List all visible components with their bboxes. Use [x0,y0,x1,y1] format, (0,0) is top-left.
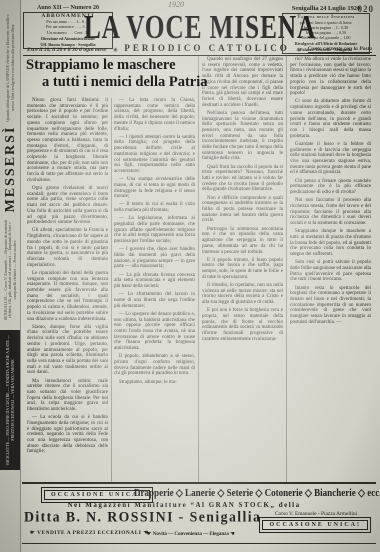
body-paragraph: Ma intendiamoci subito: male sarebbe rit… [27,379,108,413]
newspaper-subtitle: PERIODICO CATTOLICO [124,43,289,53]
newspaper-title: LA VOCE MISENA [83,7,315,47]
headline-line-1: Strappiamo le maschere [26,57,194,74]
body-paragraph: Quando nel naufragio del 27 giugno si re… [202,57,283,108]
ad-rates-lines: In quarta pagina . . L. 0,30In terza pag… [285,25,367,40]
body-paragraph: Siamo, dunque, forse alla vigilia d'una … [27,325,108,376]
spine-ad-brand: MESSERSÌ [0,128,21,210]
ad-address: Corso V. Emanuele - Piazza Armellini [260,511,372,517]
masthead: 1920 020 Anno XII — Numero 20 ABBONAMENT… [23,3,376,53]
spine-ad-rotated: BICICLETTE — MACCHINE DA CUCIRE — VENDIT… [0,0,21,552]
body-paragraph: Chi pensa a frenare questo scandalo perm… [290,179,371,196]
body-paragraph: Il popolo, abbandonato a sè stesso, priv… [114,354,195,377]
article-column-4: rio? Ma allora si vuole la rivoluzione p… [286,56,374,482]
body-paragraph: — Lo sfruttamento del lavoro in nome di … [114,292,195,309]
body-paragraph: Strappiamo dunque le maschere a tutti: a… [290,229,371,258]
spine-ad-text-mid: SENIGALLIA — Corso V. Emanuele — Deposit… [0,210,21,330]
article-column-3: Quando nel naufragio del 27 giugno si re… [198,56,286,482]
body-paragraph: Guardate il lusso e la febbre di godimen… [290,142,371,176]
spine-blank-top [0,0,21,8]
article-body: Niuno giova farsi illusioni: il momento … [24,56,374,482]
newspaper-scan: BICICLETTE — MACCHINE DA CUCIRE — VENDIT… [0,0,380,552]
footer-advertisement: OCCASIONE UNICA! Drapperie ◇ Lanerie ◇ S… [22,482,376,544]
body-paragraph: Niuno giova farsi illusioni: il momento … [27,98,108,184]
body-paragraph: Noi non facciamo il processo alla ricche… [290,198,371,227]
ornament-icon: ◉ [297,47,301,53]
body-paragraph: — La legislazione, informata ai pregiudi… [114,216,195,245]
body-paragraph: — Una stampa avvelenatrice delle masse, … [114,177,195,200]
body-paragraph: — Lo sperpero del denaro pubblico e, non… [114,312,195,352]
headline-line-2: a tutti i nemici della Patria [42,74,194,91]
body-paragraph: Quali frutti ha raccolto il popolo da sì… [202,165,283,194]
body-paragraph: Solo così si potrà salvare il popolo dal… [290,260,371,283]
body-paragraph: Intanto resta lo spettacolo dei borghesi… [290,286,371,326]
article-column-1: Niuno giova farsi illusioni: il momento … [24,56,111,482]
spine-ad-black-box: BICICLETTE — MACCHINE DA CUCIRE — VENDIT… [0,330,21,470]
occasione-box-right: OCCASIONE UNICA! [262,520,368,530]
body-paragraph: Ogni giorno rivelazioni di nuovi scandal… [27,186,108,226]
ad-firm-name: Ditta B. N. ROSSINI - Senigallia [24,509,261,527]
body-paragraph: Non è difficile comprendere a quali cons… [202,196,283,225]
masthead-subheader: Esce il 10, il 20 e il 30 d'ogni mese ◉ … [23,43,376,56]
body-paragraph: Strappiamo, adunque, le ma- [114,380,195,386]
spine-ad-strip: BICICLETTE — MACCHINE DA CUCIRE — VENDIT… [0,0,21,552]
body-paragraph: Purtroppo la sommossa anconitana non è c… [202,227,283,256]
spine-ad-text-top: Quando abbisognate di LAMPADE elettriche… [0,8,21,128]
ornament-icon: ◉ [113,47,117,53]
body-paragraph: E il popolo minuto, il buon popolo nostr… [202,258,283,281]
ad-slogan-prices: ☛ VENDITE A PREZZI ECCEZIONALI ☚ [30,530,149,536]
ad-store-line: Nei Magazzeni Manifatture “Al GRAN STOCK… [52,501,316,509]
article-column-2: — La lotta contro la Chiesa, rappresenta… [111,56,198,482]
ad-slogan-novita: ☛ Novità — Convenienza — Eleganza ☚ [147,531,235,537]
body-paragraph: — La scuola da cui si è bandito l'insegn… [27,415,108,455]
ad-categories: Drapperie ◇ Lanerie ◇ Seterie ◇ Cotoneri… [134,487,364,499]
issue-date: Senigallia 24 Luglio 1920 [282,5,370,12]
article-headline: Strappiamo le maschere a tutti i nemici … [26,57,194,91]
ad-rate-line: Nel corpo del giornale „ 1,00 [285,35,367,40]
publication-schedule: Esce il 10, il 20 e il 30 d'ogni mese [27,47,107,53]
body-paragraph: Le riparazioni dei danni della guerra ve… [27,271,108,322]
body-paragraph: — La più sfrenata licenza concessa alla … [114,273,195,290]
postal-notice: Conto corrente con la Posta [308,46,372,53]
body-paragraph: — Il teatro in cui si esalta il vizio ne… [114,202,195,213]
body-paragraph: Il rimedio, lo ripetiamo, non sta nella … [202,283,283,306]
body-paragraph: Gli alleati, specialmente la Francia e l… [27,228,108,268]
body-paragraph: Ci sono da abbattere altre forme di capi… [290,99,371,139]
body-paragraph: rio? Ma allora si vuole la rivoluzione p… [290,57,371,97]
body-paragraph: Nell'ansia penosa dell'attesa, tutti imm… [202,111,283,162]
body-paragraph: — La lotta contro la Chiesa, rappresenta… [114,98,195,132]
spine-blank-bottom [0,470,21,552]
body-paragraph: — I ripetuti attentati contro la santità… [114,135,195,175]
body-paragraph: E poi non è forse la borghesia vera e pr… [202,308,283,342]
body-paragraph: — I governi che, dopo aver bandito Iddio… [114,247,195,270]
